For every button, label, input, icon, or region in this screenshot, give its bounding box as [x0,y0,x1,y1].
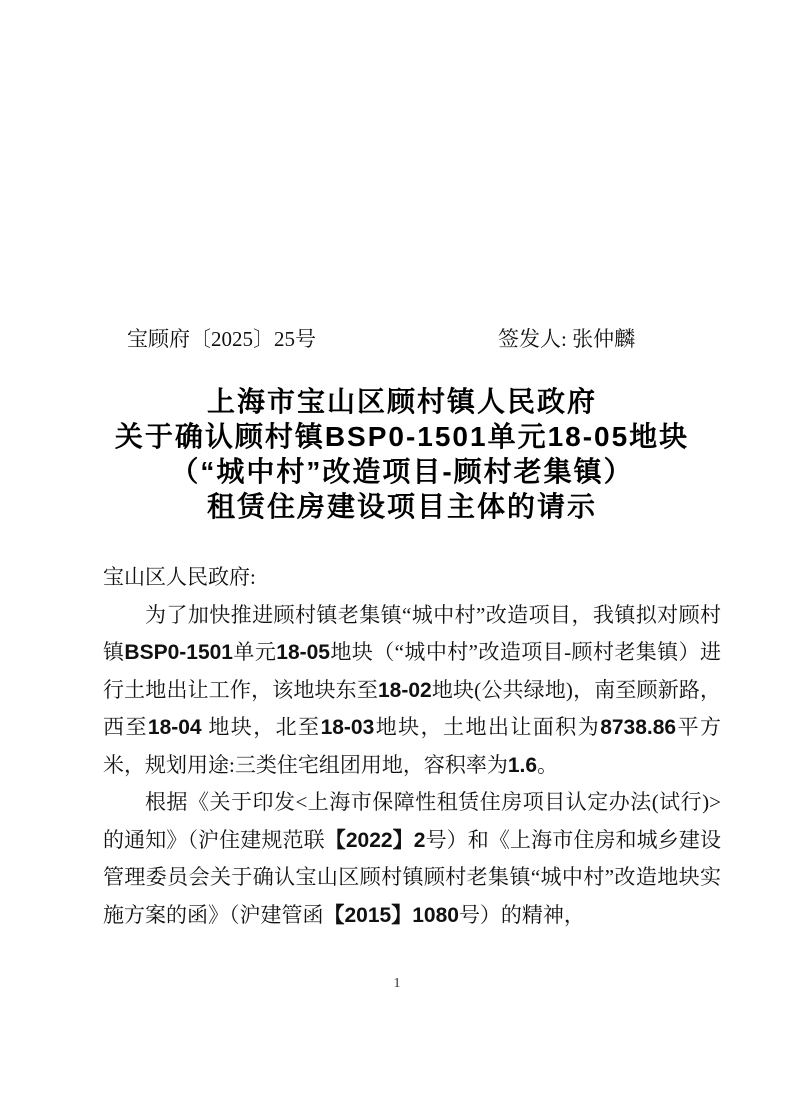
paragraph-2: 根据《关于印发<上海市保障性租赁住房项目认定办法(试行)>的通知》（沪住建规范联… [103,784,721,934]
signer-label: 签发人: 张仲麟 [498,323,635,355]
title-line-2: 关于确认顾村镇BSP0-1501单元18-05地块 [95,419,709,454]
paragraph-1: 为了加快推进顾村镇老集镇“城中村”改造项目，我镇拟对顾村镇BSP0-1501单元… [103,597,721,785]
document-page: 宝顾府〔2025〕25号 签发人: 张仲麟 上海市宝山区顾村镇人民政府 关于确认… [0,0,794,1093]
numeric-text-run: 18-04 [148,716,202,739]
title-line-4: 租赁住房建设项目主体的请示 [95,489,709,524]
numeric-text-run: 【2022】2 [325,829,426,852]
text-run: 地块，北至 [202,715,321,739]
page-number: 1 [0,974,794,994]
text-run: 。 [537,753,558,777]
document-title: 上海市宝山区顾村镇人民政府 关于确认顾村镇BSP0-1501单元18-05地块 … [95,384,709,524]
numeric-text-run: 【2015】1080 [324,904,459,927]
title-line-1: 上海市宝山区顾村镇人民政府 [95,384,709,419]
numeric-text-run: 1.6 [508,754,537,777]
numeric-text-run: 18-02 [378,679,432,702]
document-number: 宝顾府〔2025〕25号 [127,323,316,355]
salutation: 宝山区人民政府: [103,559,721,597]
text-run: 地块，土地出让面积为 [374,715,600,739]
document-body: 宝山区人民政府: 为了加快推进顾村镇老集镇“城中村”改造项目，我镇拟对顾村镇BS… [103,559,721,934]
numeric-text-run: 18-03 [321,716,375,739]
numeric-text-run: BSP0-1501 [124,641,233,664]
title-line-3: （“城中村”改造项目-顾村老集镇） [95,454,709,489]
document-header: 宝顾府〔2025〕25号 签发人: 张仲麟 [0,323,794,355]
text-run: 单元 [233,640,276,664]
numeric-text-run: 8738.86 [600,716,676,739]
numeric-text-run: 18-05 [276,641,330,664]
text-run: 号）的精神， [459,903,585,927]
